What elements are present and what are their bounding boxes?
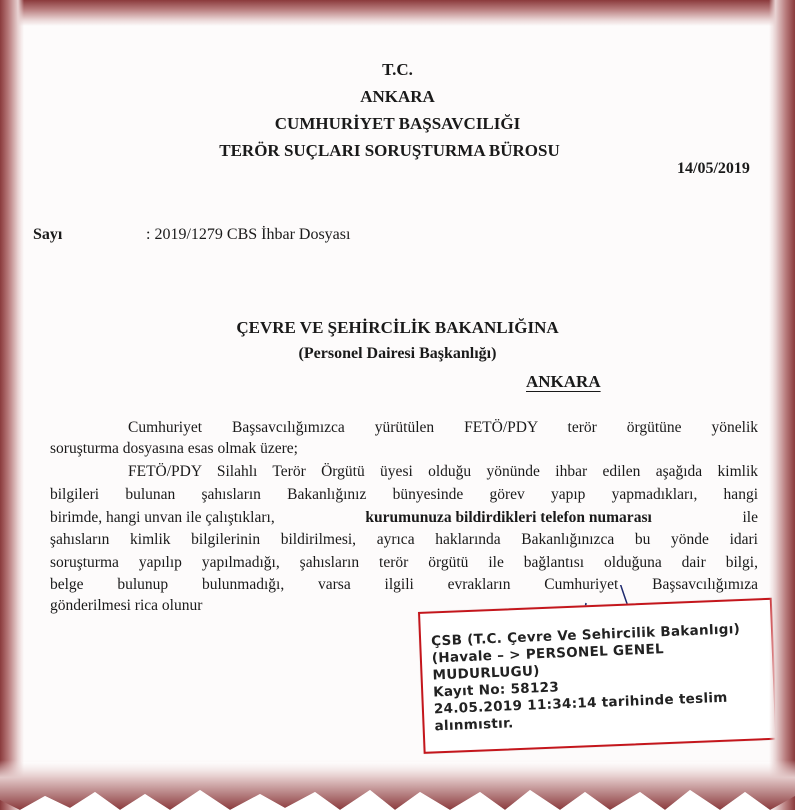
frame-bottom-torn-edge xyxy=(0,730,795,810)
frame-top-edge xyxy=(0,0,795,26)
torn-paper-frame xyxy=(0,0,795,810)
frame-left-edge xyxy=(0,0,24,810)
frame-right-edge xyxy=(769,0,795,810)
